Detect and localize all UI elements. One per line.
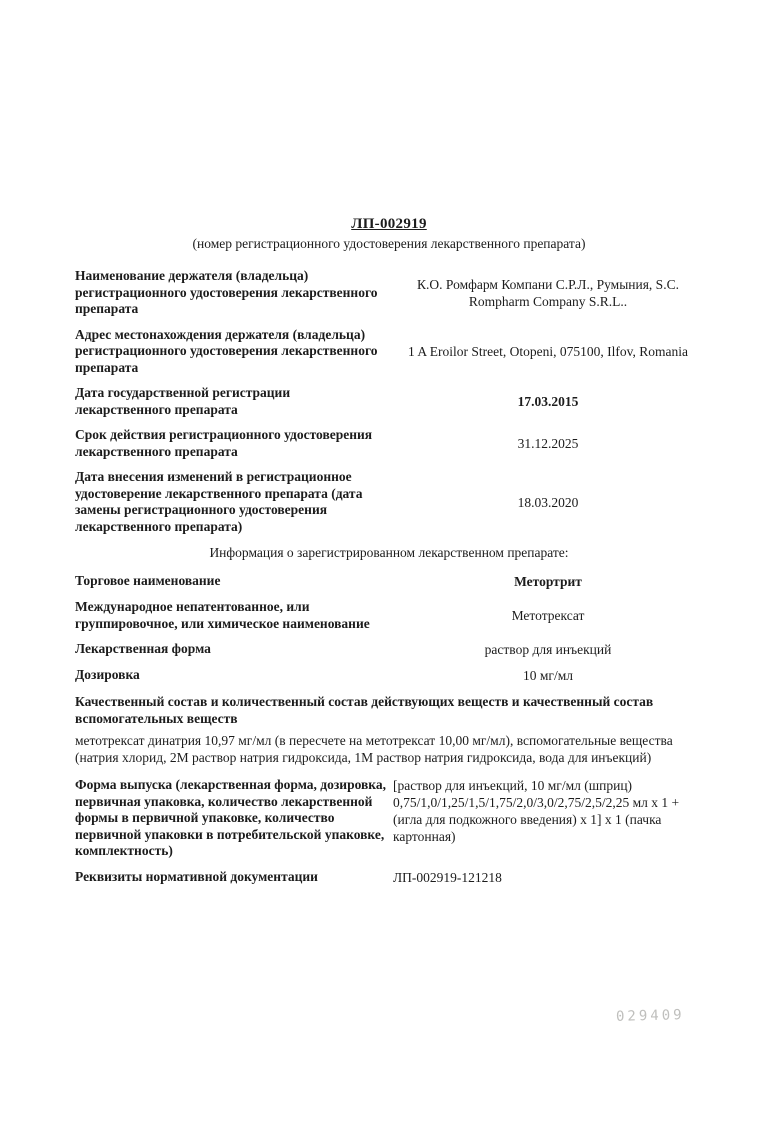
trade-name-label: Торговое наименование (75, 573, 393, 590)
holder-address-label: Адрес местонахождения держателя (владель… (75, 327, 393, 377)
amendment-date-value: 18.03.2020 (393, 494, 703, 511)
row-release-form: Форма выпуска (лекарственная форма, дози… (75, 777, 703, 860)
dosage-strength-label: Дозировка (75, 667, 393, 684)
registration-document: ЛП-002919 (номер регистрационного удосто… (75, 216, 703, 895)
registration-number-title: ЛП-002919 (75, 216, 703, 233)
holder-address-value: 1 A Eroilor Street, Otopeni, 075100, Ilf… (393, 343, 703, 360)
row-trade-name: Торговое наименование Метортрит (75, 573, 703, 590)
composition-section-text: метотрексат динатрия 10,97 мг/мл (в пере… (75, 732, 703, 766)
dosage-form-label: Лекарственная форма (75, 641, 393, 658)
amendment-date-label: Дата внесения изменений в регистрационно… (75, 469, 393, 535)
dosage-form-value: раствор для инъекций (393, 641, 703, 658)
dosage-strength-value: 10 мг/мл (393, 667, 703, 684)
row-normative-docs: Реквизиты нормативной документации ЛП-00… (75, 869, 703, 886)
registration-date-value: 17.03.2015 (393, 393, 703, 410)
row-inn-name: Международное непатентованное, или групп… (75, 599, 703, 632)
document-header: ЛП-002919 (номер регистрационного удосто… (75, 216, 703, 252)
holder-name-value: К.О. Ромфарм Компани С.Р.Л., Румыния, S.… (393, 276, 703, 310)
release-form-label: Форма выпуска (лекарственная форма, дози… (75, 777, 393, 860)
row-holder-name: Наименование держателя (владельца) регис… (75, 268, 703, 318)
registered-product-info-heading: Информация о зарегистрированном лекарств… (75, 545, 703, 561)
row-registration-date: Дата государственной регистрации лекарст… (75, 385, 703, 418)
row-dosage-form: Лекарственная форма раствор для инъекций (75, 641, 703, 658)
registration-number-caption: (номер регистрационного удостоверения ле… (75, 236, 703, 252)
validity-date-value: 31.12.2025 (393, 435, 703, 452)
trade-name-value: Метортрит (393, 573, 703, 590)
inn-name-value: Метотрексат (393, 607, 703, 624)
page-stamp-number: 029409 (616, 1007, 685, 1025)
release-form-value: [раствор для инъекций, 10 мг/мл (шприц) … (393, 777, 703, 845)
validity-date-label: Срок действия регистрационного удостовер… (75, 427, 393, 460)
holder-name-label: Наименование держателя (владельца) регис… (75, 268, 393, 318)
normative-docs-value: ЛП-002919-121218 (393, 869, 703, 886)
normative-docs-label: Реквизиты нормативной документации (75, 869, 393, 886)
row-validity-date: Срок действия регистрационного удостовер… (75, 427, 703, 460)
inn-name-label: Международное непатентованное, или групп… (75, 599, 393, 632)
row-holder-address: Адрес местонахождения держателя (владель… (75, 327, 703, 377)
row-amendment-date: Дата внесения изменений в регистрационно… (75, 469, 703, 535)
composition-section-heading: Качественный состав и количественный сос… (75, 693, 703, 727)
registration-date-label: Дата государственной регистрации лекарст… (75, 385, 393, 418)
row-dosage-strength: Дозировка 10 мг/мл (75, 667, 703, 684)
